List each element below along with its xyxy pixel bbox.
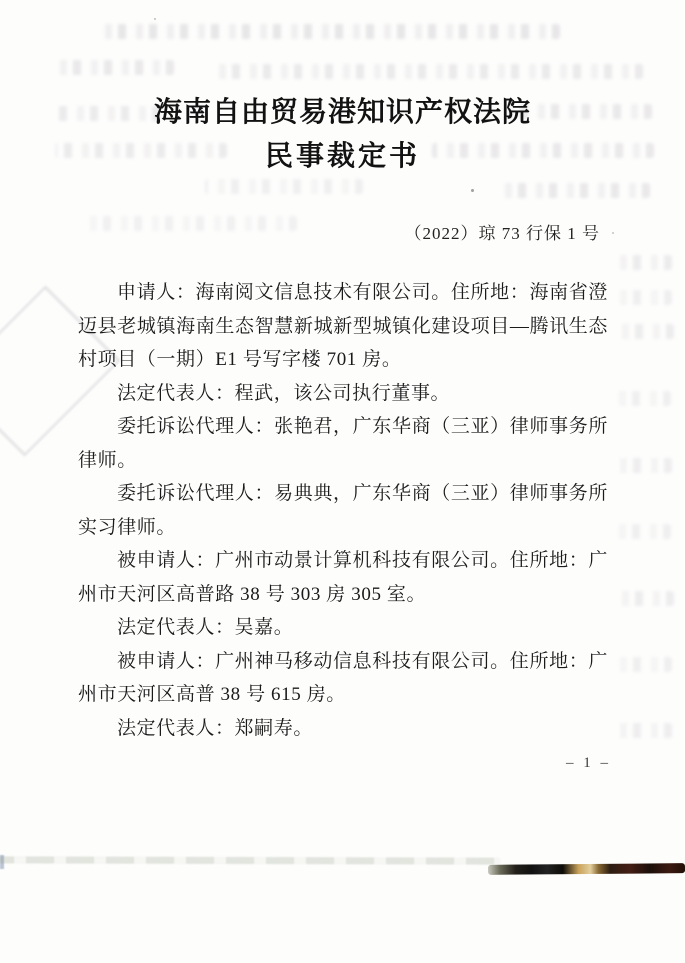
case-number: （2022）琼 73 行保 1 号 — [0, 219, 685, 244]
paragraph-litigation-agent-2: 委托诉讼代理人：易典典，广东华商（三亚）律师事务所实习律师。 — [78, 477, 608, 544]
court-name: 海南自由贸易港知识产权法院 — [0, 0, 685, 130]
paragraph-litigation-agent-1: 委托诉讼代理人：张艳君，广东华商（三亚）律师事务所律师。 — [78, 410, 608, 477]
paragraph-legal-representative-3: 法定代表人：郑嗣寿。 — [78, 712, 608, 746]
paragraph-legal-representative-1: 法定代表人：程武，该公司执行董事。 — [78, 377, 608, 411]
paragraph-legal-representative-2: 法定代表人：吴嘉。 — [78, 611, 608, 645]
ruling-document: 海南自由贸易港知识产权法院 民事裁定书 （2022）琼 73 行保 1 号 申请… — [0, 0, 685, 963]
paragraph-respondent-2: 被申请人：广州神马移动信息科技有限公司。住所地：广州市天河区高普 38 号 61… — [78, 645, 608, 712]
paragraph-applicant: 申请人：海南阅文信息技术有限公司。住所地：海南省澄迈县老城镇海南生态智慧新城新型… — [78, 276, 608, 377]
scanned-page: 海南自由贸易港知识产权法院 民事裁定书 （2022）琼 73 行保 1 号 申请… — [0, 0, 685, 963]
page-number: – 1 – — [566, 755, 611, 772]
document-type: 民事裁定书 — [0, 140, 685, 174]
document-body: 申请人：海南阅文信息技术有限公司。住所地：海南省澄迈县老城镇海南生态智慧新城新型… — [78, 276, 608, 745]
paragraph-respondent-1: 被申请人：广州市动景计算机科技有限公司。住所地：广州市天河区高普路 38 号 3… — [78, 544, 608, 611]
